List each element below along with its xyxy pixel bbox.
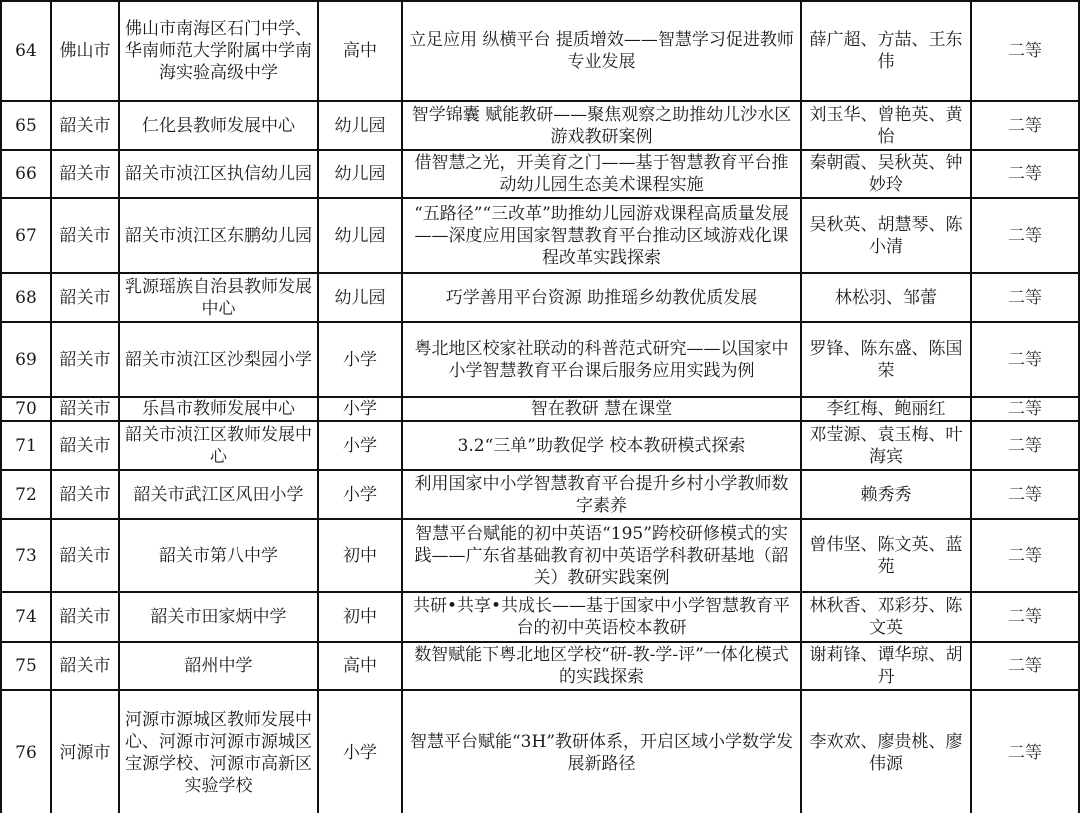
award-grade-cell: 二等 — [971, 198, 1079, 273]
table-row: 67韶关市韶关市浈江区东鹏幼儿园幼儿园“五路径”“三改革”助推幼儿园游戏课程高质… — [1, 198, 1079, 273]
city-cell: 韶关市 — [51, 198, 119, 273]
authors-cell: 秦朝霞、吴秋英、钟妙玲 — [801, 150, 971, 198]
row-number-cell: 72 — [1, 470, 51, 519]
table-row: 69韶关市韶关市浈江区沙梨园小学小学粤北地区校家社联动的科普范式研究——以国家中… — [1, 322, 1079, 397]
authors-cell: 刘玉华、曾艳英、黄怡 — [801, 101, 971, 150]
school-level-cell: 高中 — [318, 1, 402, 101]
case-title-cell: 数智赋能下粤北地区学校“研-教-学-评”一体化模式的实践探索 — [402, 642, 801, 690]
row-number-cell: 73 — [1, 519, 51, 592]
award-grade-cell: 二等 — [971, 421, 1079, 470]
row-number-cell: 67 — [1, 198, 51, 273]
awards-table: 64佛山市佛山市南海区石门中学、华南师范大学附属中学南海实验高级中学高中立足应用… — [0, 0, 1080, 813]
city-cell: 韶关市 — [51, 519, 119, 592]
authors-cell: 邓莹源、袁玉梅、叶海宾 — [801, 421, 971, 470]
award-grade-cell: 二等 — [971, 690, 1079, 813]
unit-cell: 韶关市浈江区教师发展中心 — [119, 421, 318, 470]
case-title-cell: 粤北地区校家社联动的科普范式研究——以国家中小学智慧教育平台课后服务应用实践为例 — [402, 322, 801, 397]
unit-cell: 韶关市武江区风田小学 — [119, 470, 318, 519]
table-row: 70韶关市乐昌市教师发展中心小学智在教研 慧在课堂李红梅、鲍丽红二等 — [1, 397, 1079, 421]
city-cell: 河源市 — [51, 690, 119, 813]
school-level-cell: 小学 — [318, 470, 402, 519]
city-cell: 韶关市 — [51, 101, 119, 150]
authors-cell: 林秋香、邓彩芬、陈文英 — [801, 592, 971, 642]
row-number-cell: 64 — [1, 1, 51, 101]
unit-cell: 河源市源城区教师发展中心、河源市河源市源城区宝源学校、河源市高新区实验学校 — [119, 690, 318, 813]
case-title-cell: 利用国家中小学智慧教育平台提升乡村小学教师数字素养 — [402, 470, 801, 519]
table-body: 64佛山市佛山市南海区石门中学、华南师范大学附属中学南海实验高级中学高中立足应用… — [1, 1, 1079, 813]
unit-cell: 韶关市浈江区东鹏幼儿园 — [119, 198, 318, 273]
authors-cell: 罗锋、陈东盛、陈国荣 — [801, 322, 971, 397]
school-level-cell: 小学 — [318, 397, 402, 421]
award-grade-cell: 二等 — [971, 1, 1079, 101]
award-grade-cell: 二等 — [971, 642, 1079, 690]
row-number-cell: 66 — [1, 150, 51, 198]
authors-cell: 赖秀秀 — [801, 470, 971, 519]
row-number-cell: 76 — [1, 690, 51, 813]
case-title-cell: 3.2“三单”助教促学 校本教研模式探索 — [402, 421, 801, 470]
authors-cell: 曾伟坚、陈文英、蓝苑 — [801, 519, 971, 592]
case-title-cell: 巧学善用平台资源 助推瑶乡幼教优质发展 — [402, 273, 801, 322]
city-cell: 韶关市 — [51, 421, 119, 470]
school-level-cell: 小学 — [318, 322, 402, 397]
unit-cell: 佛山市南海区石门中学、华南师范大学附属中学南海实验高级中学 — [119, 1, 318, 101]
case-title-cell: 借智慧之光，开美育之门——基于智慧教育平台推动幼儿园生态美术课程实施 — [402, 150, 801, 198]
table-row: 76河源市河源市源城区教师发展中心、河源市河源市源城区宝源学校、河源市高新区实验… — [1, 690, 1079, 813]
city-cell: 韶关市 — [51, 150, 119, 198]
school-level-cell: 幼儿园 — [318, 198, 402, 273]
case-title-cell: 立足应用 纵横平台 提质增效——智慧学习促进教师专业发展 — [402, 1, 801, 101]
unit-cell: 韶关市浈江区执信幼儿园 — [119, 150, 318, 198]
unit-cell: 乳源瑶族自治县教师发展中心 — [119, 273, 318, 322]
case-title-cell: “五路径”“三改革”助推幼儿园游戏课程高质量发展——深度应用国家智慧教育平台推动… — [402, 198, 801, 273]
city-cell: 韶关市 — [51, 470, 119, 519]
case-title-cell: 智慧平台赋能“3H”教研体系，开启区域小学数学发展新路径 — [402, 690, 801, 813]
city-cell: 佛山市 — [51, 1, 119, 101]
case-title-cell: 智慧平台赋能的初中英语“195”跨校研修模式的实践——广东省基础教育初中英语学科… — [402, 519, 801, 592]
table-row: 75韶关市韶州中学高中数智赋能下粤北地区学校“研-教-学-评”一体化模式的实践探… — [1, 642, 1079, 690]
unit-cell: 韶关市田家炳中学 — [119, 592, 318, 642]
city-cell: 韶关市 — [51, 397, 119, 421]
school-level-cell: 幼儿园 — [318, 273, 402, 322]
unit-cell: 仁化县教师发展中心 — [119, 101, 318, 150]
table-row: 66韶关市韶关市浈江区执信幼儿园幼儿园借智慧之光，开美育之门——基于智慧教育平台… — [1, 150, 1079, 198]
award-grade-cell: 二等 — [971, 470, 1079, 519]
table-row: 65韶关市仁化县教师发展中心幼儿园智学锦囊 赋能教研——聚焦观察之助推幼儿沙水区… — [1, 101, 1079, 150]
authors-cell: 薛广超、方喆、王东伟 — [801, 1, 971, 101]
school-level-cell: 幼儿园 — [318, 101, 402, 150]
unit-cell: 韶关市浈江区沙梨园小学 — [119, 322, 318, 397]
authors-cell: 李红梅、鲍丽红 — [801, 397, 971, 421]
table-row: 74韶关市韶关市田家炳中学初中共研•共享•共成长——基于国家中小学智慧教育平台的… — [1, 592, 1079, 642]
school-level-cell: 小学 — [318, 421, 402, 470]
city-cell: 韶关市 — [51, 273, 119, 322]
authors-cell: 林松羽、邹蕾 — [801, 273, 971, 322]
school-level-cell: 小学 — [318, 690, 402, 813]
unit-cell: 韶关市第八中学 — [119, 519, 318, 592]
school-level-cell: 幼儿园 — [318, 150, 402, 198]
row-number-cell: 69 — [1, 322, 51, 397]
authors-cell: 李欢欢、廖贵桃、廖伟源 — [801, 690, 971, 813]
table-row: 72韶关市韶关市武江区风田小学小学利用国家中小学智慧教育平台提升乡村小学教师数字… — [1, 470, 1079, 519]
city-cell: 韶关市 — [51, 592, 119, 642]
row-number-cell: 70 — [1, 397, 51, 421]
case-title-cell: 智学锦囊 赋能教研——聚焦观察之助推幼儿沙水区游戏教研案例 — [402, 101, 801, 150]
unit-cell: 乐昌市教师发展中心 — [119, 397, 318, 421]
unit-cell: 韶州中学 — [119, 642, 318, 690]
award-grade-cell: 二等 — [971, 150, 1079, 198]
row-number-cell: 74 — [1, 592, 51, 642]
authors-cell: 吴秋英、胡慧琴、陈小清 — [801, 198, 971, 273]
city-cell: 韶关市 — [51, 322, 119, 397]
case-title-cell: 智在教研 慧在课堂 — [402, 397, 801, 421]
row-number-cell: 71 — [1, 421, 51, 470]
row-number-cell: 65 — [1, 101, 51, 150]
row-number-cell: 75 — [1, 642, 51, 690]
award-grade-cell: 二等 — [971, 101, 1079, 150]
table-row: 68韶关市乳源瑶族自治县教师发展中心幼儿园巧学善用平台资源 助推瑶乡幼教优质发展… — [1, 273, 1079, 322]
table-row: 64佛山市佛山市南海区石门中学、华南师范大学附属中学南海实验高级中学高中立足应用… — [1, 1, 1079, 101]
table-row: 71韶关市韶关市浈江区教师发展中心小学3.2“三单”助教促学 校本教研模式探索邓… — [1, 421, 1079, 470]
award-grade-cell: 二等 — [971, 397, 1079, 421]
award-grade-cell: 二等 — [971, 322, 1079, 397]
school-level-cell: 初中 — [318, 519, 402, 592]
award-grade-cell: 二等 — [971, 519, 1079, 592]
authors-cell: 谢莉锋、谭华琼、胡丹 — [801, 642, 971, 690]
table-row: 73韶关市韶关市第八中学初中智慧平台赋能的初中英语“195”跨校研修模式的实践—… — [1, 519, 1079, 592]
award-grade-cell: 二等 — [971, 273, 1079, 322]
row-number-cell: 68 — [1, 273, 51, 322]
award-grade-cell: 二等 — [971, 592, 1079, 642]
school-level-cell: 高中 — [318, 642, 402, 690]
school-level-cell: 初中 — [318, 592, 402, 642]
city-cell: 韶关市 — [51, 642, 119, 690]
case-title-cell: 共研•共享•共成长——基于国家中小学智慧教育平台的初中英语校本教研 — [402, 592, 801, 642]
